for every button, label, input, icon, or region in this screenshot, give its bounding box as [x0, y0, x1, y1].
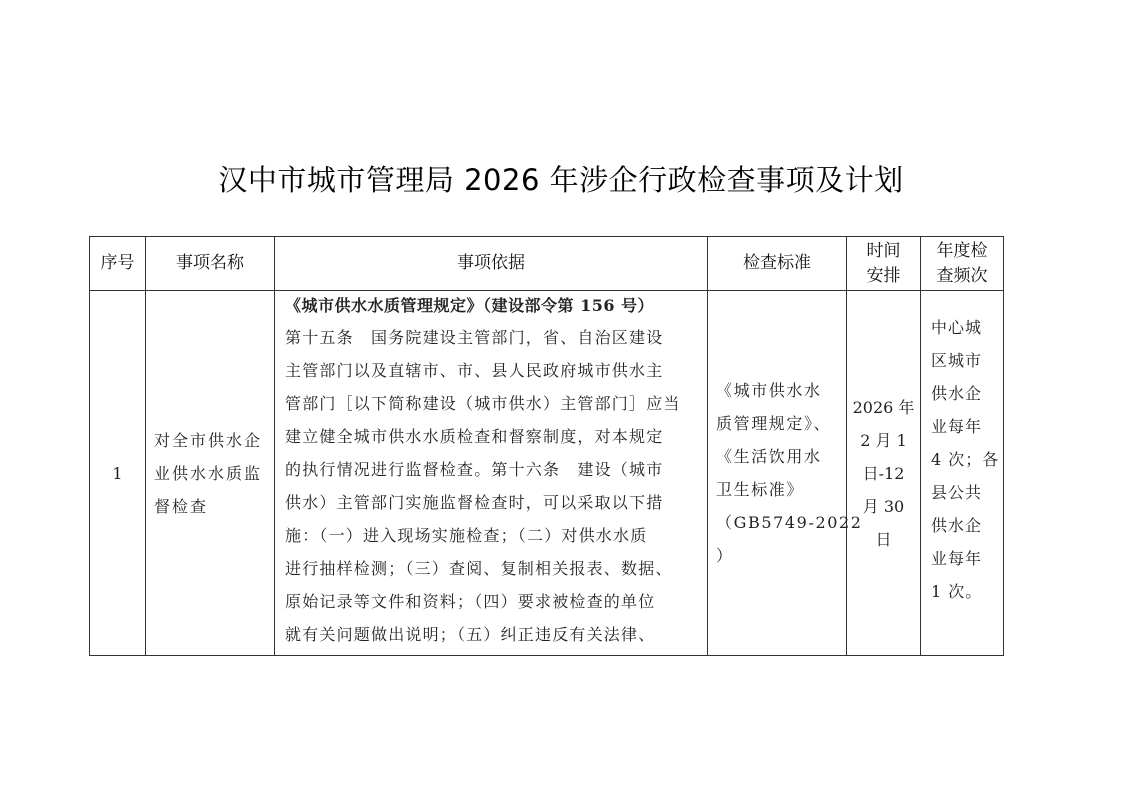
name-line: 督检查 [154, 490, 266, 523]
standard-line: 卫生标准》 [716, 473, 842, 506]
cell-name: 对全市供水企 业供水水质监 督检查 [146, 291, 275, 656]
cell-time: 2026 年 2 月 1 日-12 月 30 日 [847, 291, 921, 656]
header-frequency: 年度检 查频次 [921, 237, 1004, 291]
header-time-line: 时间 [847, 239, 920, 264]
document-title: 汉中市城市管理局 2026 年涉企行政检查事项及计划 [0, 158, 1122, 199]
header-time: 时间 安排 [847, 237, 921, 291]
header-time-line: 安排 [847, 264, 920, 289]
header-frequency-line: 查频次 [921, 264, 1003, 289]
frequency-line: 供水企 [931, 377, 997, 410]
basis-line: 进行抽样检测；（三）查阅、复制相关报表、数据、 [285, 552, 701, 585]
frequency-line: 1 次。 [931, 575, 997, 608]
basis-line: 主管部门以及直辖市、市、县人民政府城市供水主 [285, 354, 701, 387]
standard-line: 《城市供水水 [716, 374, 842, 407]
standard-line: ） [716, 539, 842, 572]
basis-line: 就有关问题做出说明；（五）纠正违反有关法律、 [285, 618, 701, 651]
table-header-row: 序号 事项名称 事项依据 检查标准 时间 安排 年度检 查频次 [90, 237, 1004, 291]
table-row: 1 对全市供水企 业供水水质监 督检查 《城市供水水质管理规定》（建设部令第 1… [90, 291, 1004, 656]
standard-line: 质管理规定》、 [716, 407, 842, 440]
name-line: 对全市供水企 [154, 424, 266, 457]
frequency-line: 供水企 [931, 509, 997, 542]
basis-line: 供水）主管部门实施监督检查时，可以采取以下措 [285, 486, 701, 519]
time-line: 2026 年 [847, 391, 920, 424]
standard-line: （GB5749-2022 [716, 506, 842, 539]
basis-line: 建立健全城市供水水质检查和督察制度，对本规定 [285, 420, 701, 453]
basis-line: 的执行情况进行监督检查。第十六条 建设（城市 [285, 453, 701, 486]
standard-line: 《生活饮用水 [716, 440, 842, 473]
frequency-line: 中心城 [931, 311, 997, 344]
time-line: 2 月 1 [847, 424, 920, 457]
inspection-plan-table: 序号 事项名称 事项依据 检查标准 时间 安排 年度检 查频次 1 对全市供水企… [89, 236, 1004, 656]
frequency-line: 区城市 [931, 344, 997, 377]
cell-standard: 《城市供水水 质管理规定》、 《生活饮用水 卫生标准》 （GB5749-2022… [708, 291, 847, 656]
header-name: 事项名称 [146, 237, 275, 291]
name-line: 业供水水质监 [154, 457, 266, 490]
basis-heading: 《城市供水水质管理规定》（建设部令第 156 号） [285, 291, 701, 321]
basis-line: 管部门［以下简称建设（城市供水）主管部门］应当 [285, 387, 701, 420]
header-no: 序号 [90, 237, 146, 291]
time-line: 日-12 [847, 457, 920, 490]
frequency-line: 4 次；各 [931, 443, 997, 476]
header-basis: 事项依据 [275, 237, 708, 291]
basis-line: 第十五条 国务院建设主管部门，省、自治区建设 [285, 321, 701, 354]
header-standard: 检查标准 [708, 237, 847, 291]
basis-line: 施：（一）进入现场实施检查；（二）对供水水质 [285, 519, 701, 552]
frequency-line: 业每年 [931, 410, 997, 443]
frequency-line: 县公共 [931, 476, 997, 509]
frequency-line: 业每年 [931, 542, 997, 575]
cell-basis: 《城市供水水质管理规定》（建设部令第 156 号） 第十五条 国务院建设主管部门… [275, 291, 708, 656]
basis-line: 原始记录等文件和资料；（四）要求被检查的单位 [285, 585, 701, 618]
cell-frequency: 中心城 区城市 供水企 业每年 4 次；各 县公共 供水企 业每年 1 次。 [921, 291, 1004, 656]
cell-no: 1 [90, 291, 146, 656]
header-frequency-line: 年度检 [921, 239, 1003, 264]
